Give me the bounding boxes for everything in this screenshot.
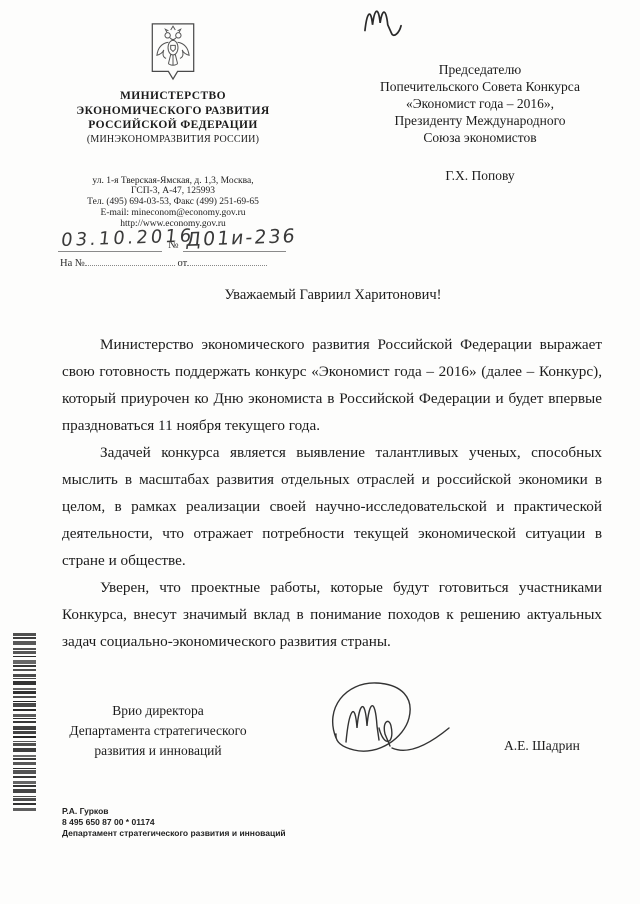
pen-mark-scribble (360, 2, 406, 40)
barcode (13, 633, 36, 857)
reply-date-underline (187, 255, 267, 266)
body-paragraph: Уверен, что проектные работы, которые бу… (62, 574, 602, 655)
recipient-line: Союза экономистов (346, 129, 614, 146)
ministry-name-line: МИНИСТЕРСТВО (57, 89, 289, 104)
date-field: 03.10.2016 (58, 226, 162, 252)
body-paragraph: Министерство экономического развития Рос… (62, 331, 602, 439)
letterhead: МИНИСТЕРСТВО ЭКОНОМИЧЕСКОГО РАЗВИТИЯ РОС… (57, 22, 289, 229)
letter-body: Министерство экономического развития Рос… (62, 331, 602, 655)
ministry-name: МИНИСТЕРСТВО ЭКОНОМИЧЕСКОГО РАЗВИТИЯ РОС… (57, 89, 289, 133)
recipient-line: Президенту Международного (346, 112, 614, 129)
reference-line: 03.10.2016 № Д01и-236 (58, 226, 286, 252)
letter-page: МИНИСТЕРСТВО ЭКОНОМИЧЕСКОГО РАЗВИТИЯ РОС… (0, 0, 640, 904)
reply-label: На № (60, 258, 85, 269)
body-paragraph: Задачей конкурса является выявление тала… (62, 439, 602, 574)
reply-number-underline (85, 255, 175, 266)
salutation: Уважаемый Гавриил Харитонович! (60, 287, 606, 304)
recipient-block: Председателю Попечительского Совета Конк… (346, 61, 614, 184)
reply-from-label: от (178, 258, 188, 269)
ministry-short-name: (МИНЭКОНОМРАЗВИТИЯ РОССИИ) (57, 134, 289, 146)
address-line: ГСП-3, А-47, 125993 (57, 186, 289, 197)
recipient-line: «Экономист года – 2016», (346, 95, 614, 112)
recipient-name: Г.Х. Попову (346, 167, 614, 184)
contact-address-block: ул. 1-я Тверская-Ямская, д. 1,3, Москва,… (57, 176, 289, 230)
number-field: Д01и-236 (183, 226, 287, 252)
signer-title-line: Департамента стратегического (60, 721, 256, 741)
ministry-name-line: РОССИЙСКОЙ ФЕДЕРАЦИИ (57, 118, 289, 133)
signer-name: А.Е. Шадрин (504, 738, 580, 754)
reply-reference-line: На № от (60, 255, 288, 269)
handwritten-number: Д01и-236 (185, 225, 298, 251)
signature-scribble (318, 676, 452, 768)
recipient-line: Председателю (346, 61, 614, 78)
ministry-name-line: ЭКОНОМИЧЕСКОГО РАЗВИТИЯ (57, 104, 289, 119)
coat-of-arms-icon (150, 22, 196, 84)
signer-title-line: Врио директора (60, 701, 256, 721)
footer-executor-block: Р.А. Гурков 8 495 650 87 00 * 01174 Депа… (62, 806, 286, 839)
signer-title-line: развития и инноваций (60, 741, 256, 761)
email-line: E-mail: mineconom@economy.gov.ru (57, 208, 289, 219)
address-line: Тел. (495) 694-03-53, Факс (499) 251-69-… (57, 197, 289, 208)
executor-phone: 8 495 650 87 00 * 01174 (62, 817, 286, 828)
executor-department: Департамент стратегического развития и и… (62, 828, 286, 839)
executor-name: Р.А. Гурков (62, 806, 286, 817)
signer-title: Врио директора Департамента стратегическ… (60, 701, 256, 761)
address-line: ул. 1-я Тверская-Ямская, д. 1,3, Москва, (57, 176, 289, 187)
recipient-line: Попечительского Совета Конкурса (346, 78, 614, 95)
